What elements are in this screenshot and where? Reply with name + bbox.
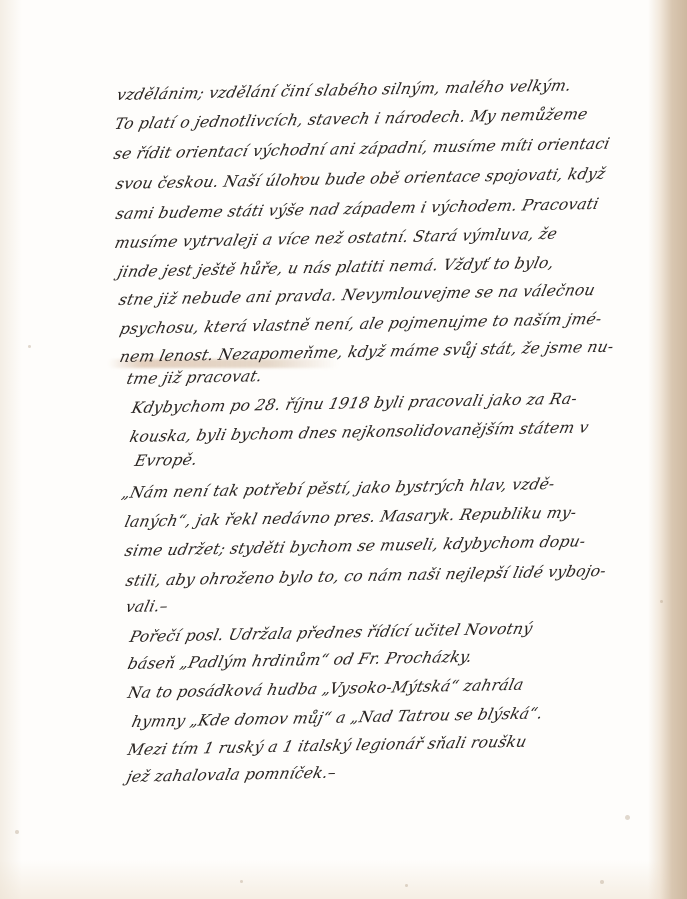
text-line: stili, aby ohroženo bylo to, co nám naši… — [124, 562, 608, 590]
text-line: tme již pracovat. — [125, 367, 264, 388]
text-line: Mezi tím 1 ruský a 1 italský legionář sň… — [126, 733, 528, 759]
text-line: nem lenost. Nezapomeňme, když máme svůj … — [118, 338, 616, 366]
manuscript-page: vzdělánim; vzdělání činí slabého silným,… — [0, 0, 687, 899]
text-line: hymny „Kde domov můj“ a „Nad Tatrou se b… — [130, 704, 545, 731]
text-line: stne již nebude ani pravda. Nevymlouvejm… — [117, 281, 597, 309]
text-line: vzdělánim; vzdělání činí slabého silným,… — [115, 76, 573, 104]
paper-speck — [15, 830, 19, 834]
paper-speck — [28, 345, 31, 348]
text-line: svou českou. Naší úlohou bude obě orient… — [114, 165, 607, 193]
text-line: se řídit orientací východní ani západní,… — [112, 135, 612, 163]
text-line: vali.– — [124, 597, 170, 616]
paper-speck — [240, 880, 243, 883]
text-line: Evropě. — [133, 451, 199, 470]
paper-speck — [625, 815, 630, 820]
paper-speck — [660, 600, 663, 603]
text-line: jinde jest ještě hůře, u nás platiti nem… — [116, 254, 556, 281]
text-line: laných“, jak řekl nedávno pres. Masaryk.… — [123, 503, 578, 531]
text-line: jež zahalovala pomníček.– — [125, 764, 338, 786]
paper-speck — [600, 880, 604, 884]
text-line: musíme vytrvaleji a více než ostatní. St… — [113, 225, 559, 252]
text-line: Pořečí posl. Udržala přednes řídící učit… — [128, 619, 534, 646]
text-line: Kdybychom po 28. říjnu 1918 byli pracova… — [130, 390, 579, 417]
text-line: sami budeme státi výše nad západem i výc… — [114, 195, 601, 223]
text-line: To platí o jednotlivcích, stavech i náro… — [113, 105, 590, 133]
text-line: Na to posádková hudba „Vysoko-Mýtská“ za… — [126, 676, 526, 702]
text-line: psychosu, která vlastně není, ale pojmen… — [118, 310, 604, 338]
paper-speck — [405, 884, 408, 887]
text-line: báseň „Padlým hrdinům“ od Fr. Procházky. — [126, 648, 474, 673]
text-line: kouska, byli bychom dnes nejkonsolidovan… — [128, 418, 591, 446]
text-line: „Nám není tak potřebí pěstí, jako bystrý… — [120, 475, 557, 502]
text-line: sime udržet; styděti bychom se museli, k… — [123, 532, 587, 560]
